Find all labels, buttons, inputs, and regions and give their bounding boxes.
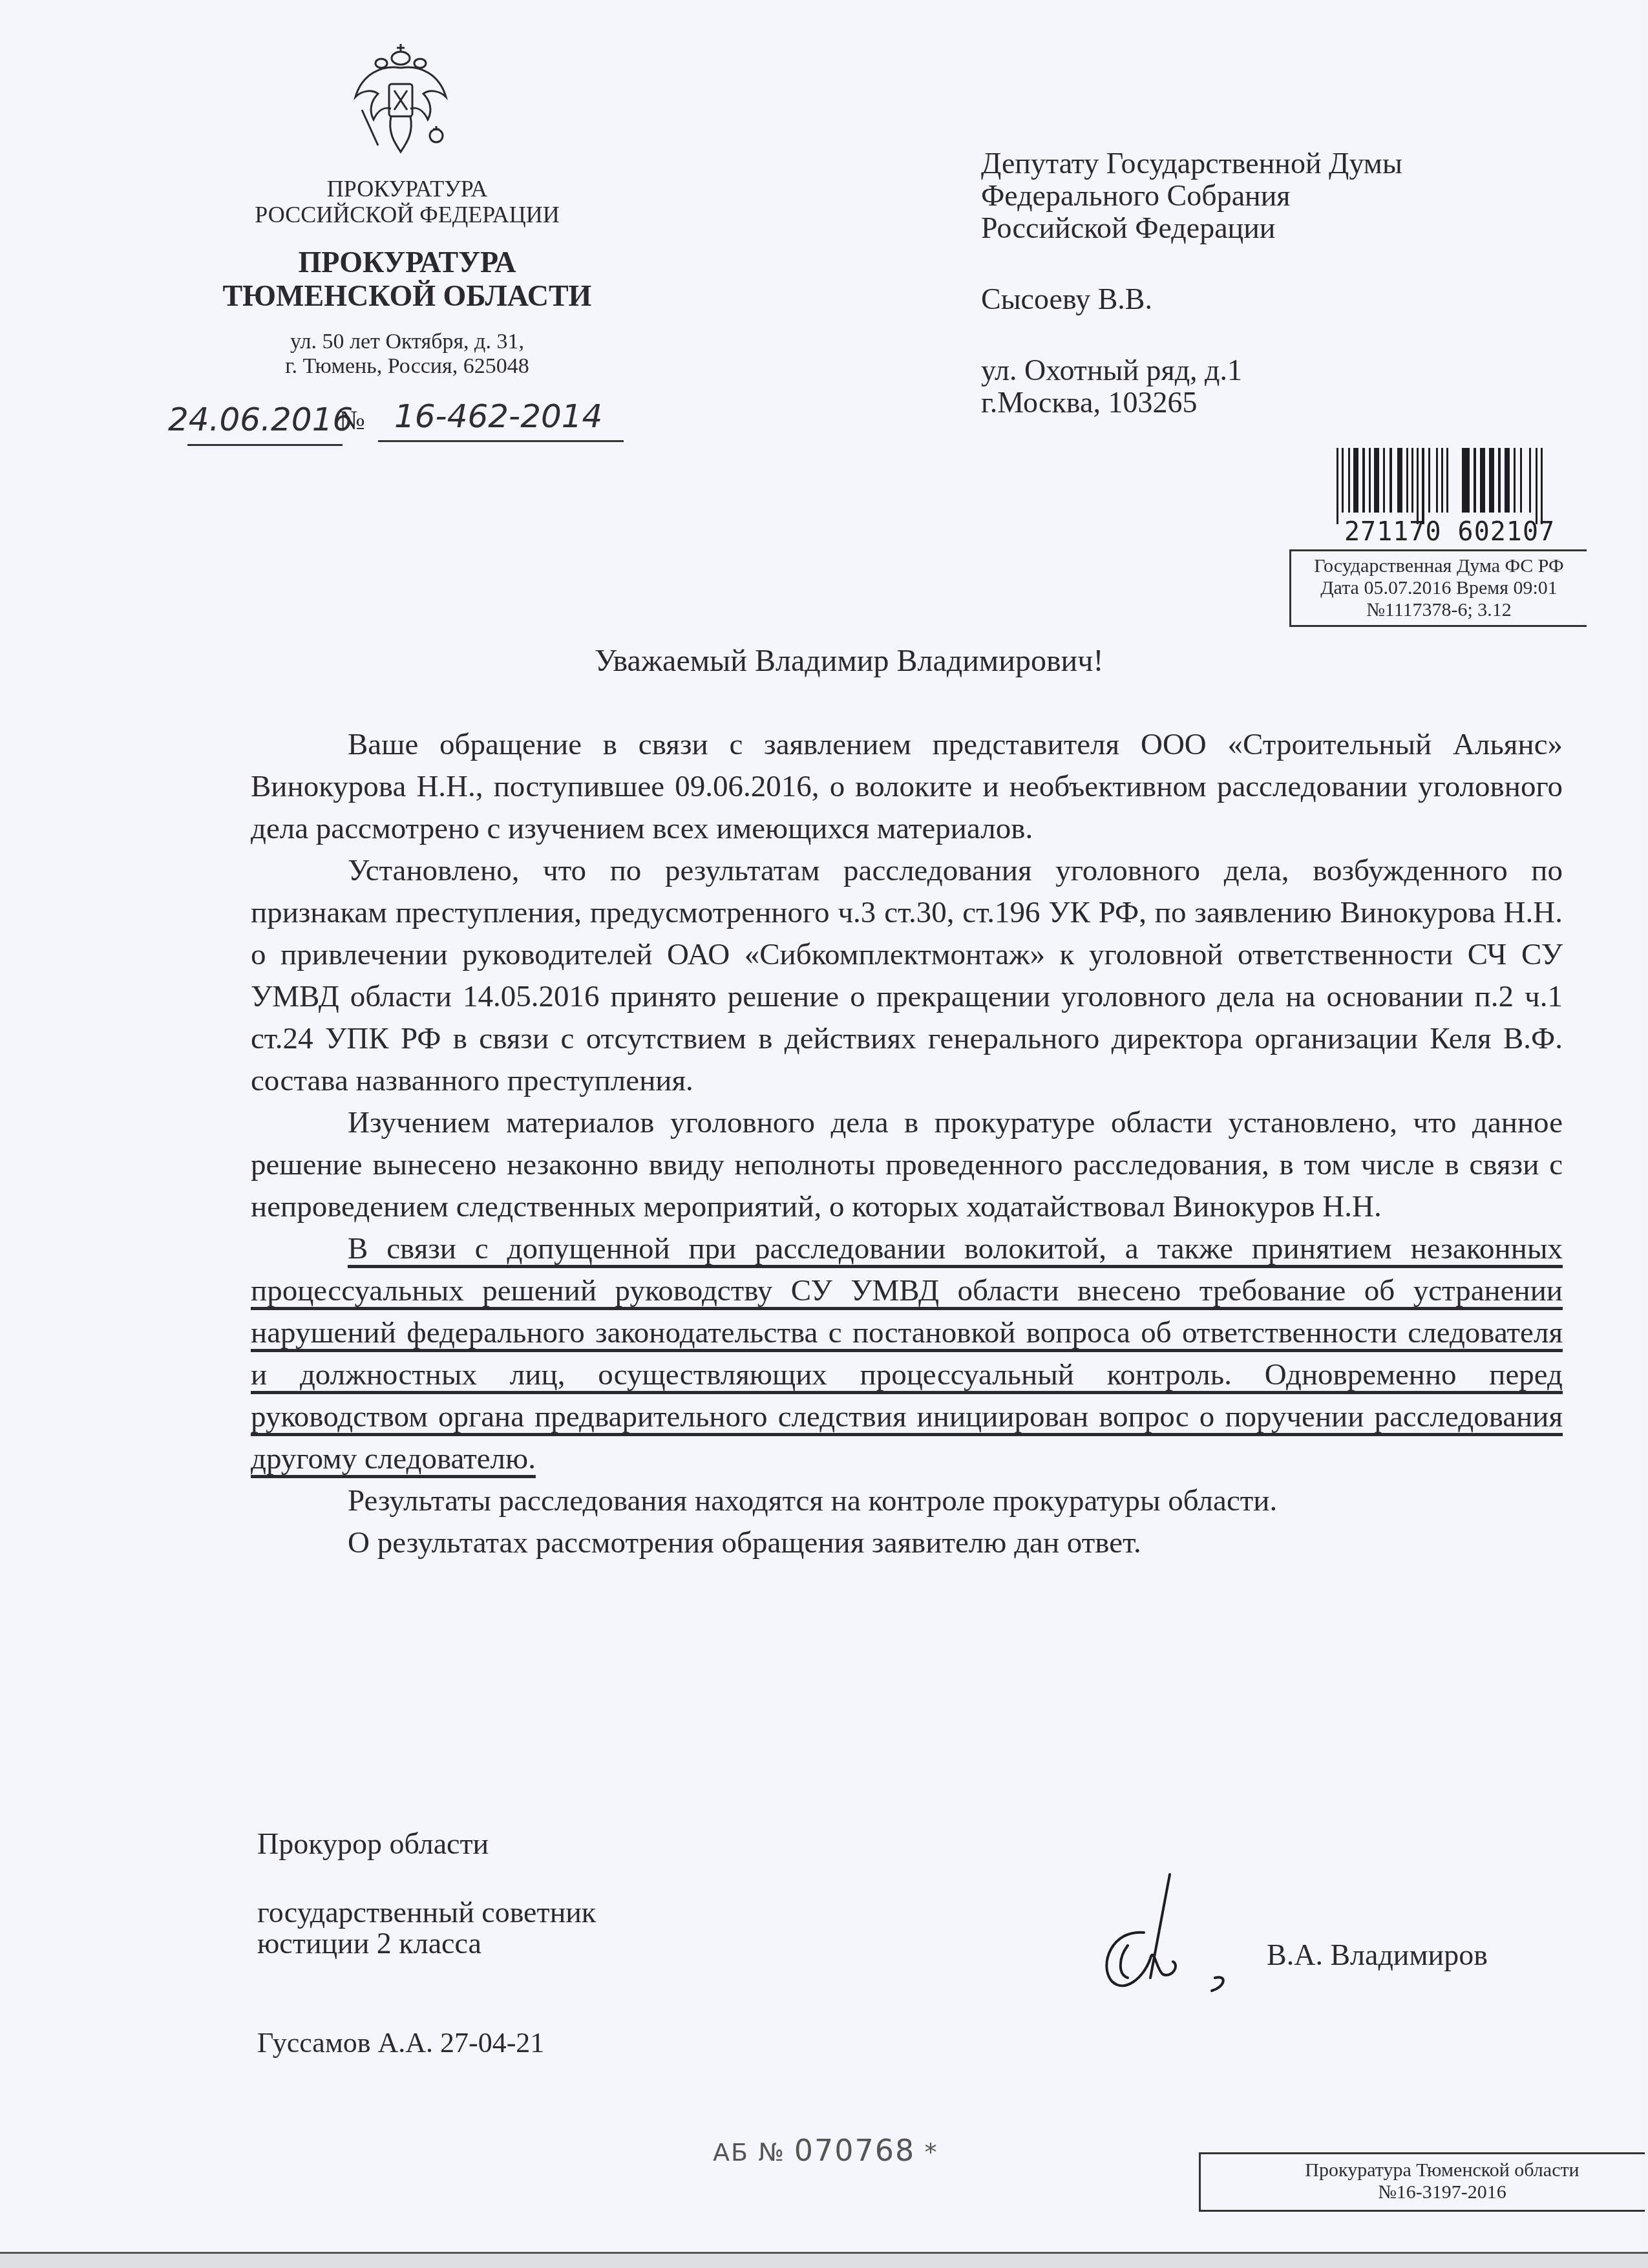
executor-contact: Гуссамов А.А. 27-04-21 xyxy=(257,2026,544,2059)
body-paragraph: Ваше обращение в связи с заявлением пред… xyxy=(251,724,1563,850)
date-underline xyxy=(187,444,343,446)
handwritten-signature-icon xyxy=(1066,1868,1247,1997)
coat-of-arms-icon xyxy=(336,39,465,168)
body-paragraph: Установлено, что по результатам расследо… xyxy=(251,850,1563,1102)
barcode-number: 271170 602107 xyxy=(1344,517,1555,547)
form-serial-number: АБ № 070768 * xyxy=(713,2133,938,2168)
body-paragraph: Изучением материалов уголовного дела в п… xyxy=(251,1102,1563,1228)
letterhead-office: ПРОКУРАТУРА ТЮМЕНСКОЙ ОБЛАСТИ xyxy=(194,246,620,313)
body-paragraph-underlined: В связи с допущенной при расследовании в… xyxy=(251,1228,1563,1480)
signatory-rank: государственный советник юстиции 2 класс… xyxy=(257,1897,596,1959)
greeting: Уважаемый Владимир Владимирович! xyxy=(595,643,1103,679)
body-paragraph: Результаты расследования находятся на ко… xyxy=(251,1480,1563,1522)
barcode-icon xyxy=(1335,448,1548,524)
outgoing-reference: 24.06.2016 № 16-462-2014 xyxy=(155,397,646,449)
signatory-title: Прокурор области xyxy=(257,1827,489,1861)
scan-background-edge xyxy=(0,2252,1648,2268)
signatory-name: В.А. Владимиров xyxy=(1267,1938,1488,1972)
document-page: ПРОКУРАТУРА РОССИЙСКОЙ ФЕДЕРАЦИИ ПРОКУРА… xyxy=(0,0,1642,2252)
prosecutor-registration-stamp: Прокуратура Тюменской области №16-3197-2… xyxy=(1199,2152,1645,2212)
number-underline xyxy=(378,440,624,442)
recipient-block: Депутату Государственной Думы Федерально… xyxy=(981,147,1402,419)
body-paragraph: О результатах рассмотрения обращения зая… xyxy=(251,1522,1563,1564)
duma-registration-stamp: Государственная Дума ФС РФ Дата 05.07.20… xyxy=(1289,549,1587,627)
letter-body: Ваше обращение в связи с заявлением пред… xyxy=(251,724,1563,1564)
letterhead-address: ул. 50 лет Октября, д. 31, г. Тюмень, Ро… xyxy=(194,330,620,379)
outgoing-date: 24.06.2016 xyxy=(168,401,353,438)
recipient-name: Сысоеву В.В. xyxy=(981,283,1402,315)
outgoing-number: 16-462-2014 xyxy=(394,397,602,435)
letterhead-authority: ПРОКУРАТУРА РОССИЙСКОЙ ФЕДЕРАЦИИ xyxy=(194,176,620,228)
number-sign: № xyxy=(339,405,365,436)
